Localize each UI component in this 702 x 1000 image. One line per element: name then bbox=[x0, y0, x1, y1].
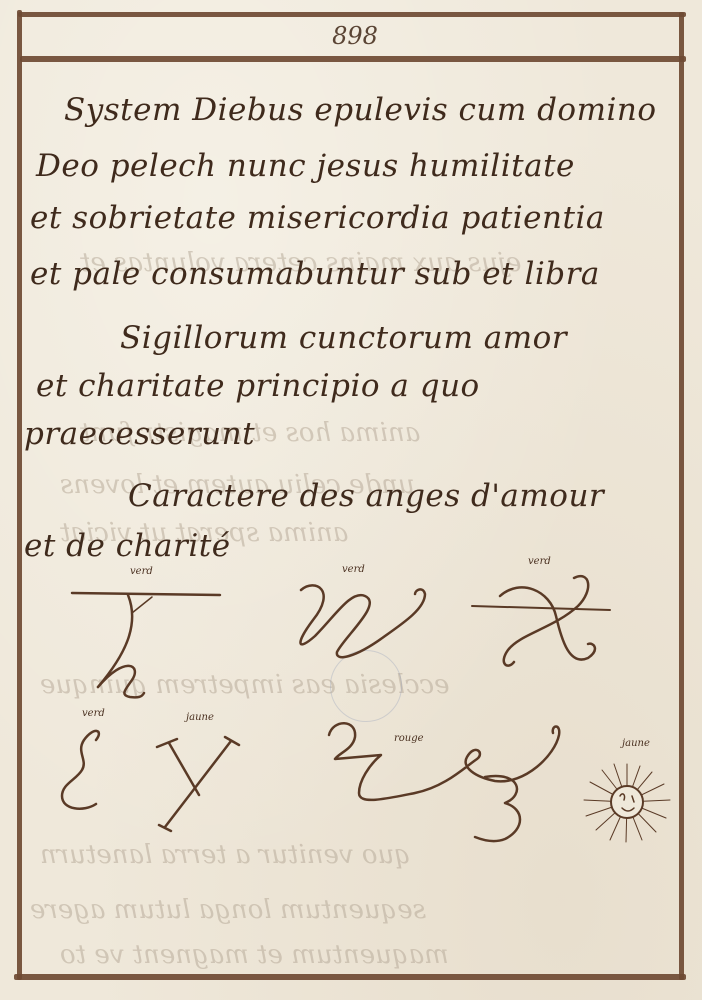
bleed-through-text: maquentum et magnent ve to bbox=[60, 940, 449, 970]
text-line: et sobrietate misericordia patientia bbox=[30, 200, 605, 236]
heading-line: Caractere des anges d'amour bbox=[128, 478, 604, 514]
angel-character-6-icon bbox=[325, 715, 575, 845]
sun-face-icon bbox=[582, 762, 672, 842]
heading-line: et de charité bbox=[24, 528, 231, 564]
color-label: verd bbox=[82, 708, 105, 719]
color-label: verd bbox=[528, 556, 551, 567]
text-line: System Diebus epulevis cum domino bbox=[64, 92, 657, 128]
frame-top-border bbox=[18, 12, 686, 17]
color-label: verd bbox=[130, 566, 153, 577]
frame-bottom-border bbox=[14, 974, 686, 980]
angel-character-3-icon bbox=[470, 570, 610, 680]
frame-header-divider bbox=[20, 56, 686, 62]
angel-character-2-icon bbox=[285, 580, 435, 660]
page-number: 898 bbox=[320, 22, 390, 50]
text-line: Deo pelech nunc jesus humilitate bbox=[36, 148, 575, 184]
text-line: Sigillorum cunctorum amor bbox=[120, 320, 567, 356]
color-label: jaune bbox=[622, 738, 650, 749]
library-stamp bbox=[330, 650, 402, 722]
text-line: praecesserunt bbox=[24, 416, 255, 452]
angel-character-4-icon bbox=[58, 730, 118, 815]
color-label: verd bbox=[342, 564, 365, 575]
bleed-through-text: sequentum longa lutum agere bbox=[30, 895, 426, 925]
manuscript-page: ejus aux mains cetera voluntas et anima … bbox=[0, 0, 702, 1000]
color-label: jaune bbox=[186, 712, 214, 723]
frame-left-border bbox=[17, 10, 22, 980]
frame-right-border bbox=[679, 12, 684, 980]
text-line: et pale consumabuntur sub et libra bbox=[30, 256, 600, 292]
angel-character-1-icon bbox=[70, 585, 230, 695]
angel-character-5-icon bbox=[155, 735, 245, 835]
text-line: et charitate principio a quo bbox=[36, 368, 480, 404]
